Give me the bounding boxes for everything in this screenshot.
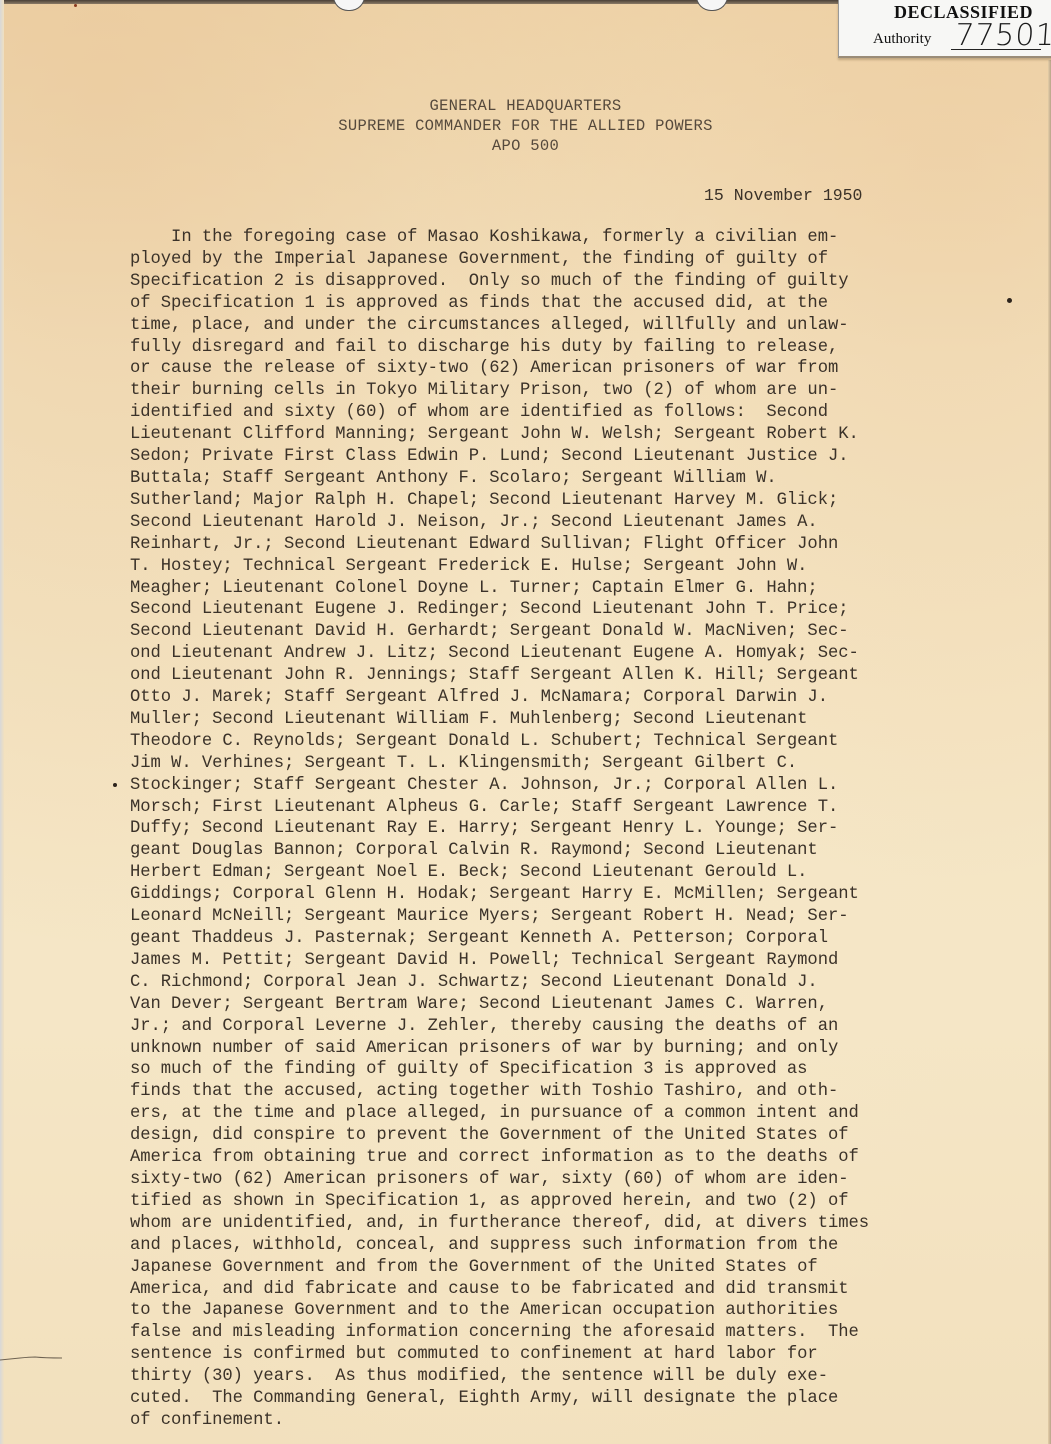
ink-spot [1007, 298, 1012, 303]
body-line: Leonard McNeill; Sergeant Maurice Myers;… [130, 906, 930, 928]
punch-hole-right [696, 0, 728, 11]
body-line: tified as shown in Specification 1, as a… [130, 1191, 930, 1213]
body-line: finds that the accused, acting together … [130, 1081, 930, 1103]
body-line: time, place, and under the circumstances… [130, 315, 930, 337]
body-line: geant Douglas Bannon; Corporal Calvin R.… [130, 840, 930, 862]
body-line: ond Lieutenant John R. Jennings; Staff S… [130, 665, 930, 687]
body-line: geant Thaddeus J. Pasternak; Sergeant Ke… [130, 928, 930, 950]
letterhead-line-1: GENERAL HEADQUARTERS [0, 96, 1051, 116]
body-line: America, and did fabricate and cause to … [130, 1279, 930, 1301]
stamp-authority-number: 775011 [954, 18, 1051, 53]
stamp-authority-label: Authority [873, 31, 931, 48]
body-line: Morsch; First Lieutenant Alpheus G. Carl… [130, 797, 930, 819]
body-line: Theodore C. Reynolds; Sergeant Donald L.… [130, 731, 930, 753]
body-line: thirty (30) years. As thus modified, the… [130, 1366, 930, 1388]
body-line: Otto J. Marek; Staff Sergeant Alfred J. … [130, 687, 930, 709]
body-line: Second Lieutenant Eugene J. Redinger; Se… [130, 599, 930, 621]
body-line: Lieutenant Clifford Manning; Sergeant Jo… [130, 424, 930, 446]
body-line: whom are unidentified, and, in furtheran… [130, 1213, 930, 1235]
body-line: ers, at the time and place alleged, in p… [130, 1103, 930, 1125]
body-line: Reinhart, Jr.; Second Lieutenant Edward … [130, 534, 930, 556]
body-line: Second Lieutenant David H. Gerhardt; Ser… [130, 621, 930, 643]
body-line: their burning cells in Tokyo Military Pr… [130, 380, 930, 402]
body-line: James M. Pettit; Sergeant David H. Powel… [130, 950, 930, 972]
body-line: Duffy; Second Lieutenant Ray E. Harry; S… [130, 818, 930, 840]
letterhead-line-3: APO 500 [0, 136, 1051, 156]
letterhead: GENERAL HEADQUARTERS SUPREME COMMANDER F… [0, 96, 1051, 156]
body-line: fully disregard and fail to discharge hi… [130, 337, 930, 359]
body-line: of Specification 1 is approved as finds … [130, 293, 930, 315]
body-line: sentence is confirmed but commuted to co… [130, 1344, 930, 1366]
body-line: Muller; Second Lieutenant William F. Muh… [130, 709, 930, 731]
body-line: to the Japanese Government and to the Am… [130, 1300, 930, 1322]
body-line: of confinement. [130, 1410, 930, 1432]
body-line: Jim W. Verhines; Sergeant T. L. Klingens… [130, 753, 930, 775]
body-line: Meagher; Lieutenant Colonel Doyne L. Tur… [130, 578, 930, 600]
body-line: Jr.; and Corporal Leverne J. Zehler, the… [130, 1016, 930, 1038]
declassified-stamp: DECLASSIFIED Authority 775011 [838, 0, 1051, 58]
body-line: Second Lieutenant Harold J. Neison, Jr.;… [130, 512, 930, 534]
body-line: Japanese Government and from the Governm… [130, 1257, 930, 1279]
body-line: design, did conspire to prevent the Gove… [130, 1125, 930, 1147]
body-line: so much of the finding of guilty of Spec… [130, 1059, 930, 1081]
body-line: unknown number of said American prisoner… [130, 1038, 930, 1060]
document-body: In the foregoing case of Masao Koshikawa… [130, 227, 930, 1432]
body-line: Sedon; Private First Class Edwin P. Lund… [130, 446, 930, 468]
body-line: Sutherland; Major Ralph H. Chapel; Secon… [130, 490, 930, 512]
body-line: Stockinger; Staff Sergeant Chester A. Jo… [130, 775, 930, 797]
punch-hole-left [333, 0, 365, 11]
body-line: Herbert Edman; Sergeant Noel E. Beck; Se… [130, 862, 930, 884]
body-line: T. Hostey; Technical Sergeant Frederick … [130, 556, 930, 578]
body-line: false and misleading information concern… [130, 1322, 930, 1344]
body-line: Buttala; Staff Sergeant Anthony F. Scola… [130, 468, 930, 490]
document-date: 15 November 1950 [704, 186, 862, 205]
body-line: cuted. The Commanding General, Eighth Ar… [130, 1388, 930, 1410]
body-line: C. Richmond; Corporal Jean J. Schwartz; … [130, 972, 930, 994]
body-line: Specification 2 is disapproved. Only so … [130, 271, 930, 293]
paper-crease-mark [0, 1354, 62, 1362]
body-line: Van Dever; Sergeant Bertram Ware; Second… [130, 994, 930, 1016]
body-line: ond Lieutenant Andrew J. Litz; Second Li… [130, 643, 930, 665]
ink-spot [113, 783, 117, 787]
body-line: sixty-two (62) American prisoners of war… [130, 1169, 930, 1191]
ink-spot [74, 4, 77, 7]
body-line: or cause the release of sixty-two (62) A… [130, 358, 930, 380]
body-line: ployed by the Imperial Japanese Governme… [130, 249, 930, 271]
letterhead-line-2: SUPREME COMMANDER FOR THE ALLIED POWERS [0, 116, 1051, 136]
body-line: In the foregoing case of Masao Koshikawa… [130, 227, 930, 249]
body-line: identified and sixty (60) of whom are id… [130, 402, 930, 424]
body-line: America from obtaining true and correct … [130, 1147, 930, 1169]
body-line: and places, withhold, conceal, and suppr… [130, 1235, 930, 1257]
body-line: Giddings; Corporal Glenn H. Hodak; Serge… [130, 884, 930, 906]
page-left-edge [0, 0, 4, 1444]
